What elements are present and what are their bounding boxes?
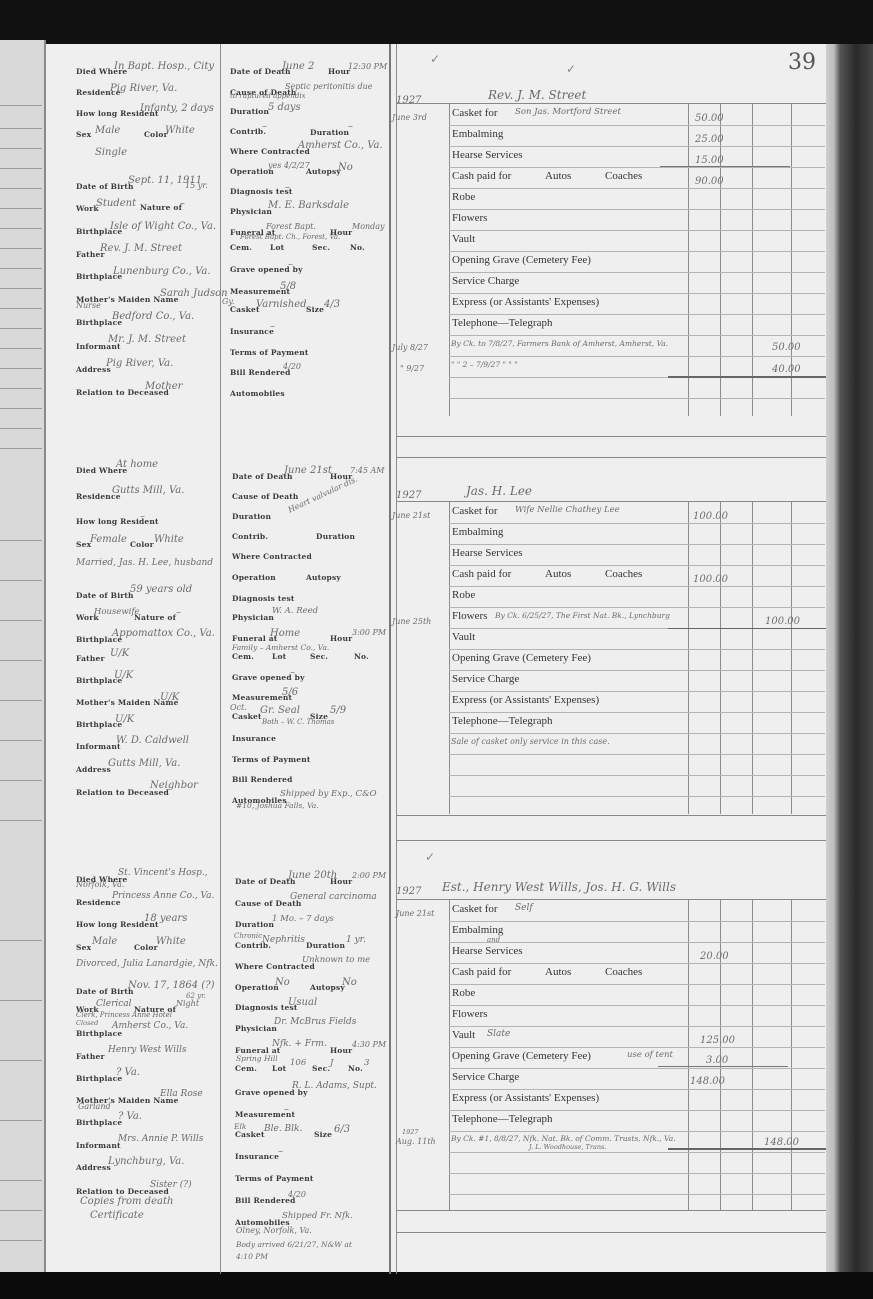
value-cemetery: Forest Bapt. Ch., Forest, Va. (240, 233, 340, 241)
value-residence: Pig River, Va. (110, 83, 177, 94)
subtotal-line (660, 166, 790, 167)
value-father-birthplace: ? Va. (116, 1067, 140, 1078)
value-father: U/K (110, 648, 129, 659)
label-date-of-birth: Date of Birth (76, 182, 134, 191)
acct-payment-text: By Ck. #1, 8/8/27, Nfk. Nat. Bk. of Comm… (451, 1134, 676, 1143)
acct-hearse-services: Hearse Services (452, 547, 523, 559)
value-address: Pig River, Va. (106, 358, 173, 369)
acct-flowers: Flowers (452, 1008, 487, 1020)
value-sex: Female (90, 534, 127, 545)
value-cause-of-death: General carcinoma (290, 892, 377, 902)
value-date-of-death: June 2 (282, 61, 314, 72)
value-sex: Male (92, 936, 117, 947)
acct-note: Sale of casket only service in this case… (451, 737, 610, 746)
value-physician: M. E. Barksdale (268, 200, 349, 211)
value-sex: Male (95, 125, 120, 136)
value-operation: yes 4/2/27 (268, 161, 310, 170)
column-divider-middle (389, 44, 391, 1274)
payment-amount: 40.00 (772, 364, 801, 375)
acct-robe: Robe (452, 987, 475, 999)
label-informant: Informant (76, 1141, 121, 1150)
value-relation-note-2: Certificate (90, 1210, 144, 1221)
value-bill-rendered: 4/20 (288, 1190, 306, 1199)
acct-service-charge: Service Charge (452, 673, 519, 685)
amount-total: 100.00 (693, 574, 728, 585)
value-residence: Princess Anne Co., Va. (112, 891, 214, 901)
label-lot: Lot (270, 243, 284, 252)
value-insurance: – (270, 321, 275, 332)
value-mother-birthplace: U/K (115, 714, 134, 725)
value-nature-of: Night (176, 999, 199, 1008)
label-cause-of-death: Cause of Death (232, 492, 299, 501)
value-died-where-2: Norfolk, Va. (76, 880, 124, 889)
label-nature-of: Nature of (140, 203, 182, 212)
acct-date: June 3rd (392, 113, 427, 122)
label-contrib-duration: Duration (306, 941, 345, 950)
column-divider-left (220, 44, 221, 1274)
payment-date: July 8/27 (392, 343, 428, 352)
value-autopsy: No (338, 162, 353, 173)
value-color: White (165, 125, 195, 136)
value-size: 6/3 (334, 1124, 350, 1135)
value-work: Clerical (96, 999, 132, 1009)
value-relation-note: Copies from death (80, 1196, 173, 1207)
label-color: Color (130, 540, 154, 549)
label-no: No. (350, 243, 365, 252)
value-father: Rev. J. M. Street (100, 243, 182, 254)
value-contrib: – (262, 121, 267, 132)
value-where-contracted: Unknown to me (302, 955, 370, 965)
label-sex: Sex (76, 943, 91, 952)
label-operation: Operation (235, 983, 279, 992)
value-funeral-hour: 3:00 PM (352, 628, 386, 637)
value-size: 4/3 (324, 299, 340, 310)
label-lot: Lot (272, 652, 286, 661)
acct-coaches: Coaches (605, 966, 642, 978)
value-duration: 1 Mo. – 7 days (272, 914, 334, 924)
acct-payment-text: By Ck. to 7/8/27, Farmers Bank of Amhers… (451, 339, 668, 348)
value-casket-extra: Oct. (230, 703, 247, 712)
value-funeral-at: Home (270, 628, 300, 639)
acct-casket-for: Casket for (452, 107, 498, 119)
value-automobiles-note: Body arrived 6/21/27, N&W at (236, 1240, 352, 1249)
acct-year: 1927 (396, 886, 421, 897)
value-birthplace: Amherst Co., Va. (112, 1021, 188, 1031)
column-divider-account (396, 44, 397, 1274)
label-informant: Informant (76, 742, 121, 751)
value-relation-to-deceased: Mother (145, 381, 182, 392)
acct-telephone: Telephone—Telegraph (452, 715, 552, 727)
acct-flowers: Flowers (452, 610, 487, 622)
label-diagnosis-test: Diagnosis test (232, 594, 295, 603)
value-cause-of-death: Septic peritonitis due (285, 82, 373, 91)
amount-vault: 125.00 (700, 1035, 735, 1046)
acct-vault: Vault (452, 631, 475, 643)
acct-autos: Autos (545, 170, 571, 182)
value-contrib-duration: – (348, 121, 353, 132)
label-bill-rendered: Bill Rendered (235, 1196, 296, 1205)
value-informant: Mr. J. M. Street (108, 334, 186, 345)
value-hour: 2:00 PM (352, 871, 386, 880)
value-nature-of: – (176, 607, 181, 618)
scanner-background-top (0, 0, 873, 44)
value-automobiles-2: #10, Joshua Falls, Va. (236, 801, 319, 810)
checkmark-icon: ✓ (566, 62, 576, 76)
label-automobiles: Automobiles (230, 389, 285, 398)
checkmark-icon: ✓ (425, 850, 435, 864)
label-size: Size (314, 1130, 332, 1139)
value-physician: W. A. Reed (272, 606, 318, 616)
acct-coaches: Coaches (605, 170, 642, 182)
acct-embalming: Embalming (452, 924, 503, 936)
label-casket: Casket (232, 712, 262, 721)
payment-amount: 50.00 (772, 342, 801, 353)
value-automobiles: Shipped Fr. Nfk. (282, 1211, 353, 1221)
book-edge-right (826, 44, 873, 1284)
payment-amount: 148.00 (764, 1137, 799, 1148)
value-mother-birthplace: Bedford Co., Va. (112, 311, 194, 322)
acct-name: Est., Henry West Wills, Jos. H. G. Wills (442, 880, 676, 894)
acct-telephone: Telephone—Telegraph (452, 317, 552, 329)
label-father: Father (76, 1052, 105, 1061)
value-father: Henry West Wills (108, 1045, 187, 1055)
value-nature-of: – (180, 198, 185, 209)
value-birthplace: Appomattox Co., Va. (112, 628, 215, 639)
label-bill-rendered: Bill Rendered (230, 368, 291, 377)
value-informant: W. D. Caldwell (116, 735, 189, 746)
label-casket: Casket (235, 1130, 265, 1139)
label-color: Color (134, 943, 158, 952)
value-mother-birthplace: ? Va. (118, 1111, 142, 1122)
value-measurement: – (284, 1104, 289, 1115)
subtotal-line (658, 1066, 788, 1067)
value-work: Student (96, 198, 136, 209)
value-date-of-birth: 59 years old (130, 584, 192, 595)
value-casket-note: Both – W. C. Thomas (262, 718, 334, 726)
amount-opening-grave: 3.00 (706, 1055, 728, 1066)
value-contrib: Nephritis (262, 935, 305, 945)
label-insurance: Insurance (230, 327, 274, 336)
acct-express: Express (or Assistants' Expenses) (452, 694, 599, 706)
label-funeral-hour: Hour (330, 634, 352, 643)
label-physician: Physician (235, 1024, 277, 1033)
value-lot: 106 (290, 1058, 306, 1068)
acct-service-charge: Service Charge (452, 275, 519, 287)
acct-opening-grave: Opening Grave (Cemetery Fee) (452, 254, 591, 266)
scanner-background-bottom (0, 1272, 873, 1299)
label-address: Address (76, 1163, 111, 1172)
label-no: No. (354, 652, 369, 661)
label-address: Address (76, 765, 111, 774)
label-cem: Cem. (235, 1064, 257, 1073)
label-autopsy: Autopsy (306, 573, 341, 582)
value-grave-opened-by: R. L. Adams, Supt. (292, 1081, 377, 1091)
amount-total: 90.00 (695, 176, 724, 187)
value-bill-rendered: 4/20 (283, 362, 301, 371)
acct-casket-for-value: Wife Nellie Chathey Lee (515, 505, 620, 515)
value-relation-to-deceased: Sister (?) (150, 1180, 192, 1190)
acct-hearse-extra: and (487, 936, 500, 944)
label-contrib: Contrib. (232, 532, 268, 541)
acct-date: June 21st (396, 909, 434, 918)
label-terms-of-payment: Terms of Payment (230, 348, 309, 357)
label-father: Father (76, 654, 105, 663)
label-duration: Duration (235, 920, 274, 929)
record-separator-2 (396, 815, 826, 816)
acct-service-charge: Service Charge (452, 1071, 519, 1083)
value-color: White (154, 534, 184, 545)
label-duration: Duration (232, 512, 271, 521)
acct-hearse-services: Hearse Services (452, 945, 523, 957)
amount-embalming: 25.00 (695, 134, 724, 145)
value-grave-opened-by: – (288, 259, 293, 270)
value-cause-of-death-2: to ruptured appendix (230, 92, 306, 100)
label-funeral-hour: Hour (330, 1046, 352, 1055)
value-measurement: 5/8 (280, 281, 296, 292)
value-work-extra: Clerk, Princess Anne Hotel (76, 1011, 172, 1019)
balance-line (668, 1148, 826, 1150)
value-automobiles: Shipped by Exp., C&O (280, 789, 377, 799)
value-casket: Ble. Blk. (264, 1124, 302, 1134)
value-diagnosis-test: Usual (288, 997, 317, 1008)
acct-casket-for: Casket for (452, 903, 498, 915)
acct-casket-for-value: Self (515, 903, 533, 913)
value-mothers-maiden-name: Ella Rose (160, 1089, 203, 1099)
value-duration: 5 days (268, 102, 301, 113)
payment-year: 1927 (402, 1128, 419, 1136)
value-measurement: 5/6 (282, 687, 298, 698)
value-diagnosis-test: – (285, 182, 290, 193)
label-insurance: Insurance (232, 734, 276, 743)
acct-autos: Autos (545, 966, 571, 978)
value-funeral-at: Nfk. + Frm. (272, 1039, 327, 1049)
checkmark-icon: ✓ (430, 52, 440, 66)
value-died-where: At home (116, 459, 158, 470)
label-sec: Sec. (312, 243, 330, 252)
acct-casket-for-value: Son Jas. Mortford Street (515, 107, 621, 117)
label-cem: Cem. (232, 652, 254, 661)
acct-robe: Robe (452, 589, 475, 601)
label-diagnosis-test: Diagnosis test (230, 187, 293, 196)
acct-flowers: Flowers (452, 212, 487, 224)
value-work-extra-2: Closed (76, 1019, 98, 1027)
value-contrib-duration: 1 yr. (346, 935, 366, 945)
value-sec: J (330, 1058, 333, 1068)
label-sex: Sex (76, 540, 91, 549)
label-insurance: Insurance (235, 1152, 279, 1161)
acct-payment-text: By Ck. 6/25/27, The First Nat. Bk., Lync… (495, 611, 670, 620)
label-where-contracted: Where Contracted (232, 552, 312, 561)
value-cemetery: Spring Hill (236, 1054, 278, 1063)
label-autopsy: Autopsy (306, 167, 341, 176)
value-where-contracted: Amherst Co., Va. (298, 140, 383, 151)
value-how-long-resident: 18 years (144, 913, 187, 924)
payment-date: Aug. 11th (396, 1137, 436, 1146)
label-hour: Hour (330, 877, 352, 886)
label-no: No. (348, 1064, 363, 1073)
value-autopsy: No (342, 977, 357, 988)
value-mothers-maiden-name-extra: Garland (78, 1102, 111, 1111)
value-how-long-resident: – (140, 511, 145, 522)
value-mothers-maiden-name: U/K (160, 692, 179, 703)
acct-telephone: Telephone—Telegraph (452, 1113, 552, 1125)
label-date-of-birth: Date of Birth (76, 987, 134, 996)
value-birthplace: Isle of Wight Co., Va. (110, 221, 216, 232)
label-contrib-duration: Duration (310, 128, 349, 137)
amount-casket: 50.00 (695, 113, 724, 124)
label-lot: Lot (272, 1064, 286, 1073)
acct-express: Express (or Assistants' Expenses) (452, 1092, 599, 1104)
value-funeral-at: Forest Bapt. (266, 222, 316, 231)
amount-total: 148.00 (690, 1076, 725, 1087)
record-separator-1b (396, 457, 826, 458)
acct-name: Jas. H. Lee (466, 484, 532, 498)
value-size: 5/9 (330, 705, 346, 716)
acct-cash-paid-for: Cash paid for (452, 568, 511, 580)
value-father-birthplace: Lunenburg Co., Va. (113, 266, 211, 277)
record-separator-3 (396, 1210, 826, 1211)
acct-vault-extra: Slate (487, 1029, 510, 1039)
value-casket: Varnished (256, 299, 307, 310)
label-hour: Hour (328, 67, 350, 76)
label-terms-of-payment: Terms of Payment (232, 755, 311, 764)
label-date-of-birth: Date of Birth (76, 591, 134, 600)
value-marital-status: Divorced, Julia Lanardgie, Nfk. (76, 959, 218, 969)
value-how-long-resident: Infanty, 2 days (140, 103, 214, 114)
value-color: White (156, 936, 186, 947)
record-separator-2b (396, 840, 826, 841)
label-mother-birthplace: Birthplace (76, 1118, 122, 1127)
label-sec: Sec. (312, 1064, 330, 1073)
value-casket: Gr. Seal (260, 705, 300, 716)
value-date-of-death: June 21st (284, 465, 332, 476)
value-age-note: 15 yr. (185, 181, 208, 190)
label-contrib-duration: Duration (316, 532, 355, 541)
value-hour: 12:30 PM (348, 62, 387, 71)
payment-amount: 100.00 (765, 616, 800, 627)
label-autopsy: Autopsy (310, 983, 345, 992)
acct-vault: Vault (452, 1029, 475, 1041)
label-nature-of: Nature of (134, 613, 176, 622)
acct-name: Rev. J. M. Street (488, 88, 586, 102)
acct-year: 1927 (396, 490, 421, 501)
acct-express: Express (or Assistants' Expenses) (452, 296, 599, 308)
acct-cash-paid-for: Cash paid for (452, 170, 511, 182)
page-number: 39 (788, 50, 816, 75)
value-address: Gutts Mill, Va. (108, 758, 180, 769)
value-funeral-hour: 4:30 PM (352, 1040, 386, 1049)
value-cemetery: Family – Amherst Co., Va. (232, 643, 329, 652)
record-separator-3b (396, 1232, 826, 1233)
facing-page-left (0, 40, 46, 1292)
acct-opening-grave: Opening Grave (Cemetery Fee) (452, 652, 591, 664)
value-insurance: – (278, 1146, 283, 1157)
acct-autos: Autos (545, 568, 571, 580)
amount-hearse: 15.00 (695, 155, 724, 166)
acct-hearse-services: Hearse Services (452, 149, 523, 161)
acct-casket-for: Casket for (452, 505, 498, 517)
label-physician: Physician (230, 207, 272, 216)
value-work: Housewife (94, 607, 140, 617)
label-how-long-resident: How long Resident (76, 517, 159, 526)
value-mothers-maiden-name-extra: Nurse (76, 301, 101, 310)
acct-embalming: Embalming (452, 526, 503, 538)
value-automobiles-2: Olney, Norfolk, Va. (236, 1226, 312, 1235)
label-physician: Physician (232, 613, 274, 622)
value-no: 3 (364, 1058, 369, 1068)
label-sex: Sex (76, 130, 91, 139)
acct-robe: Robe (452, 191, 475, 203)
value-grave-opened-by: – (290, 667, 295, 678)
acct-payment-sub: J. L. Woodhouse, Trans. (529, 1143, 606, 1151)
label-duration: Duration (230, 107, 269, 116)
acct-year: 1927 (396, 95, 421, 106)
value-funeral-hour: Monday (352, 222, 385, 231)
value-mothers-maiden-name: Sarah Judson (160, 288, 228, 299)
payment-date: June 25th (392, 617, 431, 626)
payment-date: " 9/27 (400, 364, 424, 373)
value-died-where: St. Vincent's Hosp., (118, 868, 208, 878)
value-physician: Dr. McBrus Fields (274, 1017, 356, 1027)
value-marital-status: Married, Jas. H. Lee, husband (76, 558, 213, 568)
acct-embalming: Embalming (452, 128, 503, 140)
acct-cash-paid-for: Cash paid for (452, 966, 511, 978)
value-date-of-birth: Nov. 17, 1864 (?) (128, 980, 214, 991)
value-automobiles-note-2: 4:10 PM (236, 1252, 268, 1261)
value-residence: Gutts Mill, Va. (112, 485, 184, 496)
label-sec: Sec. (310, 652, 328, 661)
acct-payment-text: " " 2 – 7/9/27 " " " (451, 360, 518, 369)
record-separator-1 (396, 436, 826, 437)
label-cem: Cem. (230, 243, 252, 252)
value-address: Lynchburg, Va. (108, 1156, 184, 1167)
value-relation-to-deceased: Neighbor (150, 780, 198, 791)
label-terms-of-payment: Terms of Payment (235, 1174, 314, 1183)
acct-coaches: Coaches (605, 568, 642, 580)
label-operation: Operation (232, 573, 276, 582)
label-size: Size (306, 305, 324, 314)
label-date-of-death: Date of Death (235, 877, 296, 886)
value-died-where: In Bapt. Hosp., City (114, 61, 214, 72)
amount-casket: 100.00 (693, 511, 728, 522)
acct-opening-extra: use of tent (627, 1050, 673, 1060)
label-contrib: Contrib. (230, 127, 266, 136)
balance-line (668, 376, 826, 378)
value-operation: No (275, 977, 290, 988)
value-contrib-prefix: Chronic (234, 932, 262, 940)
acct-opening-grave: Opening Grave (Cemetery Fee) (452, 1050, 591, 1062)
amount-hearse: 20.00 (700, 951, 729, 962)
acct-vault: Vault (452, 233, 475, 245)
label-bill-rendered: Bill Rendered (232, 775, 293, 784)
value-marital-status: Single (95, 147, 127, 158)
acct-date: June 21st (392, 511, 430, 520)
value-father-birthplace: U/K (114, 670, 133, 681)
value-informant: Mrs. Annie P. Wills (118, 1134, 203, 1144)
balance-line (668, 628, 826, 629)
